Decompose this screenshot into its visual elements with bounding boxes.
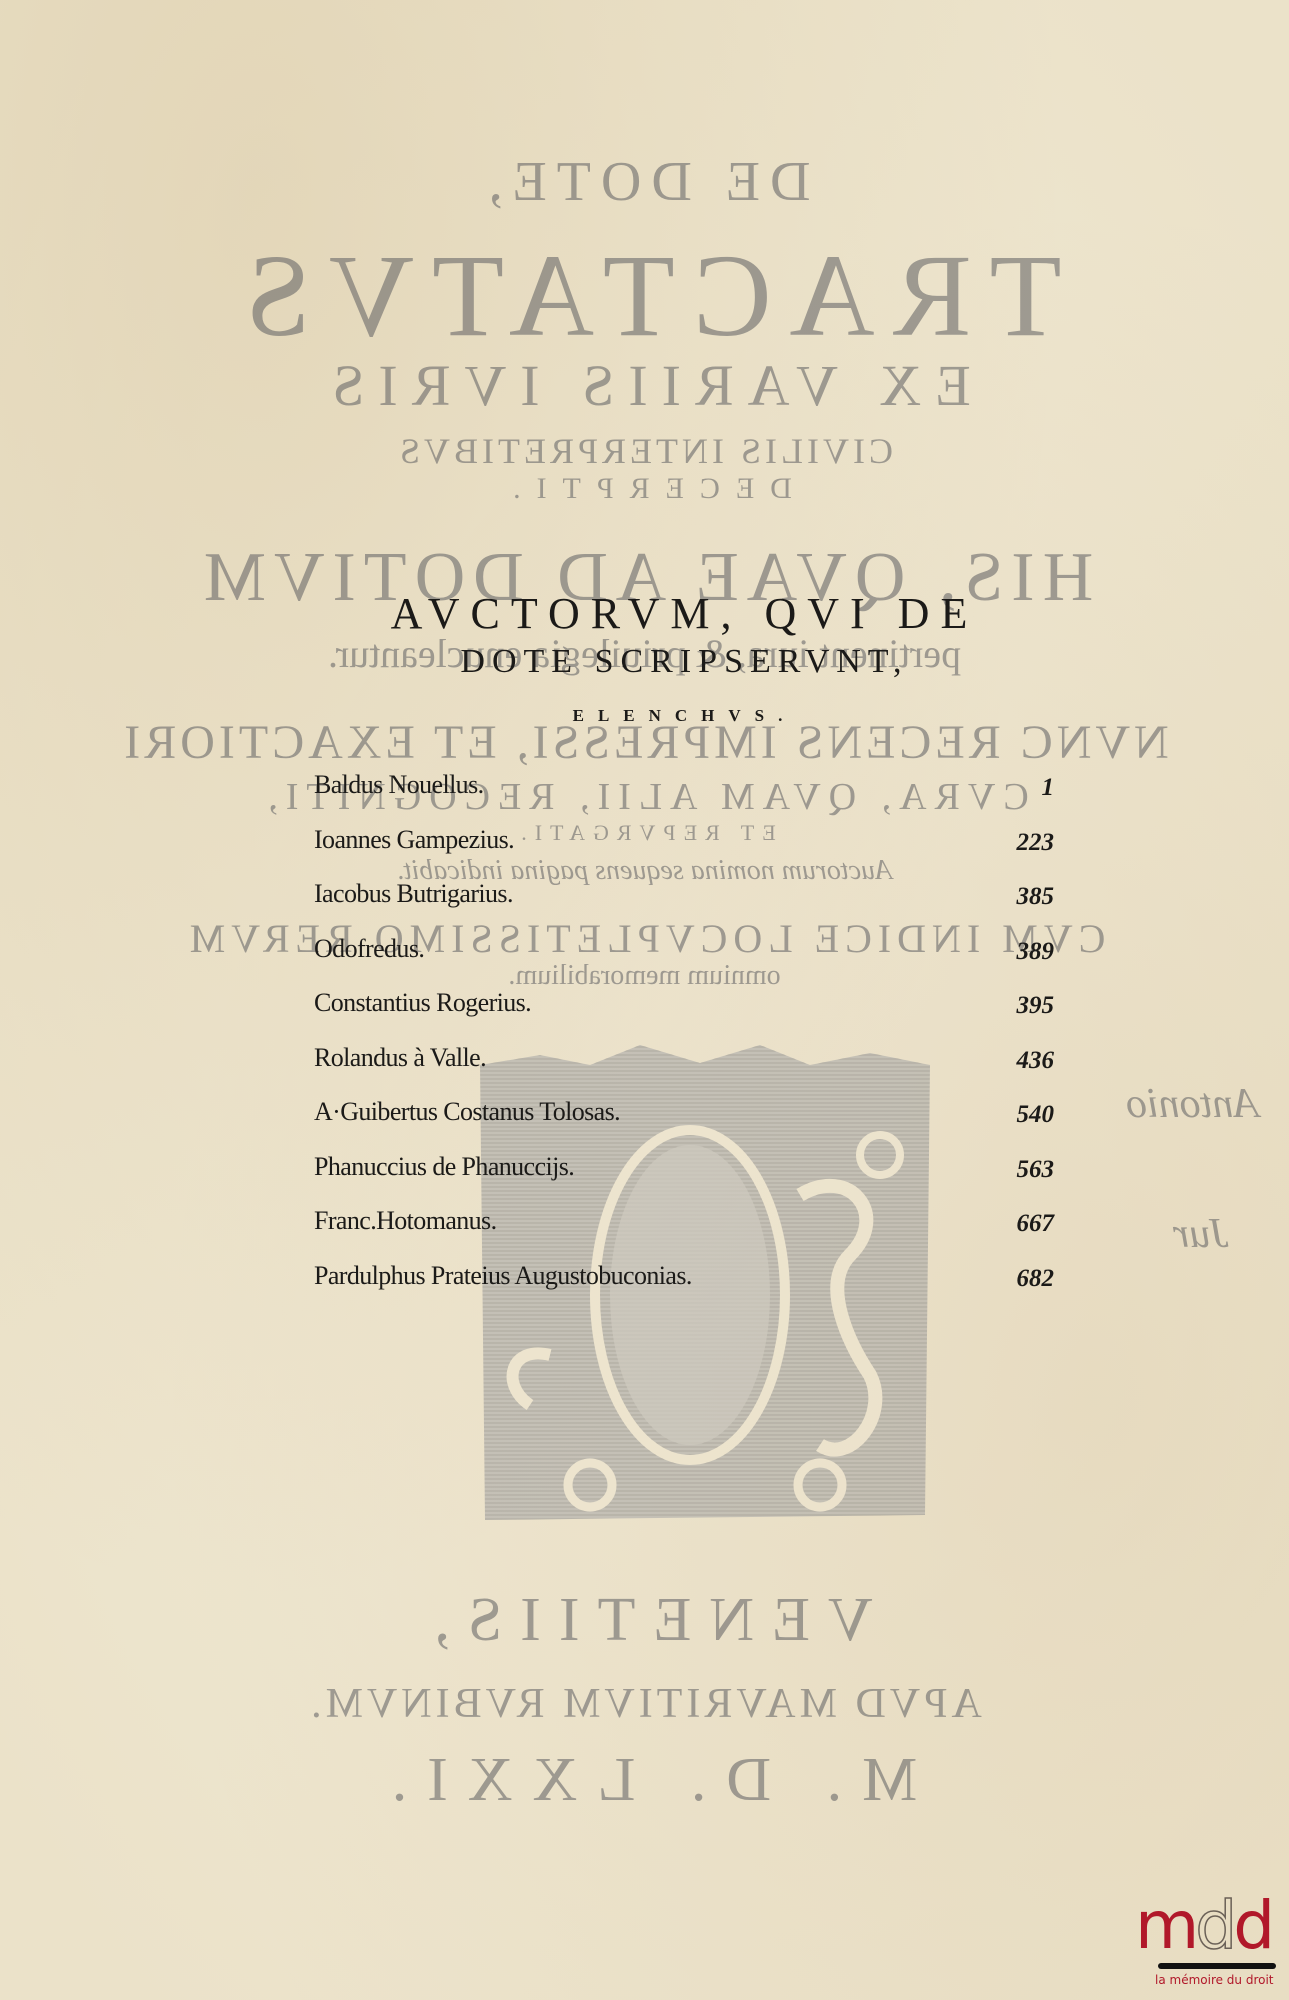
author-name: A·Guibertus Costanus Tolosas. xyxy=(314,1097,620,1127)
ghost-margin-note: Jur xyxy=(1173,1210,1229,1258)
ghost-line: EX VARIIS IVRIS xyxy=(0,352,1289,419)
ghost-line: APVD MAVRITIVM RVBINVM. xyxy=(0,1680,1289,1728)
ghost-line: TRACTATVS xyxy=(0,228,1289,364)
index-entry: Phanuccius de Phanuccijs. 563 xyxy=(314,1152,1066,1207)
mdd-logo: mdd la mémoire du droit xyxy=(1125,1893,1285,1993)
ghost-line: DE DOTE, xyxy=(0,150,1289,214)
page-number: 667 xyxy=(1017,1210,1055,1238)
author-name: Baldus Nouellus. xyxy=(314,770,484,800)
heading-line-1: AVCTORVM, QVI DE xyxy=(0,588,1289,639)
logo-tagline: la mémoire du droit xyxy=(1155,1973,1274,1987)
index-entry: Ioannes Gampezius. 223 xyxy=(314,825,1066,880)
page-number: 389 xyxy=(1017,938,1055,966)
page-number: 563 xyxy=(1017,1156,1055,1184)
index-entry: Pardulphus Prateius Augustobuconias. 682 xyxy=(314,1261,1066,1316)
heading-line-2: DOTE SCRIPSERVNT, xyxy=(0,643,1289,681)
logo-mark: mdd xyxy=(1135,1893,1271,1959)
page-number: 436 xyxy=(1017,1047,1055,1075)
author-name: Pardulphus Prateius Augustobuconias. xyxy=(314,1261,692,1291)
logo-letter-m: m xyxy=(1135,1887,1195,1964)
page-number: 223 xyxy=(1017,829,1055,857)
author-name: Phanuccius de Phanuccijs. xyxy=(314,1152,574,1182)
index-entry: Iacobus Butrigarius. 385 xyxy=(314,879,1066,934)
index-entry: Franc.Hotomanus. 667 xyxy=(314,1206,1066,1261)
page-number: 682 xyxy=(1017,1265,1055,1293)
page-number: 395 xyxy=(1017,992,1055,1020)
author-name: Constantius Rogerius. xyxy=(314,988,531,1018)
index-entry: Baldus Nouellus. 1 xyxy=(314,770,1066,825)
ghost-line: CIVILIS INTERPRETIBVS xyxy=(0,430,1289,472)
heading-line-3: ELENCHVS. xyxy=(0,706,1289,726)
author-index: Baldus Nouellus. 1 Ioannes Gampezius. 22… xyxy=(314,770,1066,1315)
author-name: Franc.Hotomanus. xyxy=(314,1206,496,1236)
index-entry: Constantius Rogerius. 395 xyxy=(314,988,1066,1043)
author-name: Rolandus à Valle. xyxy=(314,1043,486,1073)
author-name: Odofredus. xyxy=(314,934,424,964)
page-number: 540 xyxy=(1017,1101,1055,1129)
page-number: 385 xyxy=(1017,883,1055,911)
page-number: 1 xyxy=(1042,774,1055,802)
index-entry: Rolandus à Valle. 436 xyxy=(314,1043,1066,1098)
ghost-line: VENETIIS, xyxy=(0,1585,1289,1656)
index-entry: A·Guibertus Costanus Tolosas. 540 xyxy=(314,1097,1066,1152)
ghost-line: DECERPTI. xyxy=(0,472,1289,506)
author-name: Iacobus Butrigarius. xyxy=(314,879,513,909)
logo-letter-d-outline: d xyxy=(1195,1887,1233,1964)
index-entry: Odofredus. 389 xyxy=(314,934,1066,989)
logo-letter-d: d xyxy=(1233,1887,1271,1964)
ghost-margin-note: Antonio xyxy=(1126,1080,1259,1128)
ghost-line: M. D. LXXI. xyxy=(0,1745,1289,1816)
author-name: Ioannes Gampezius. xyxy=(314,825,514,855)
logo-rule xyxy=(1158,1963,1276,1969)
